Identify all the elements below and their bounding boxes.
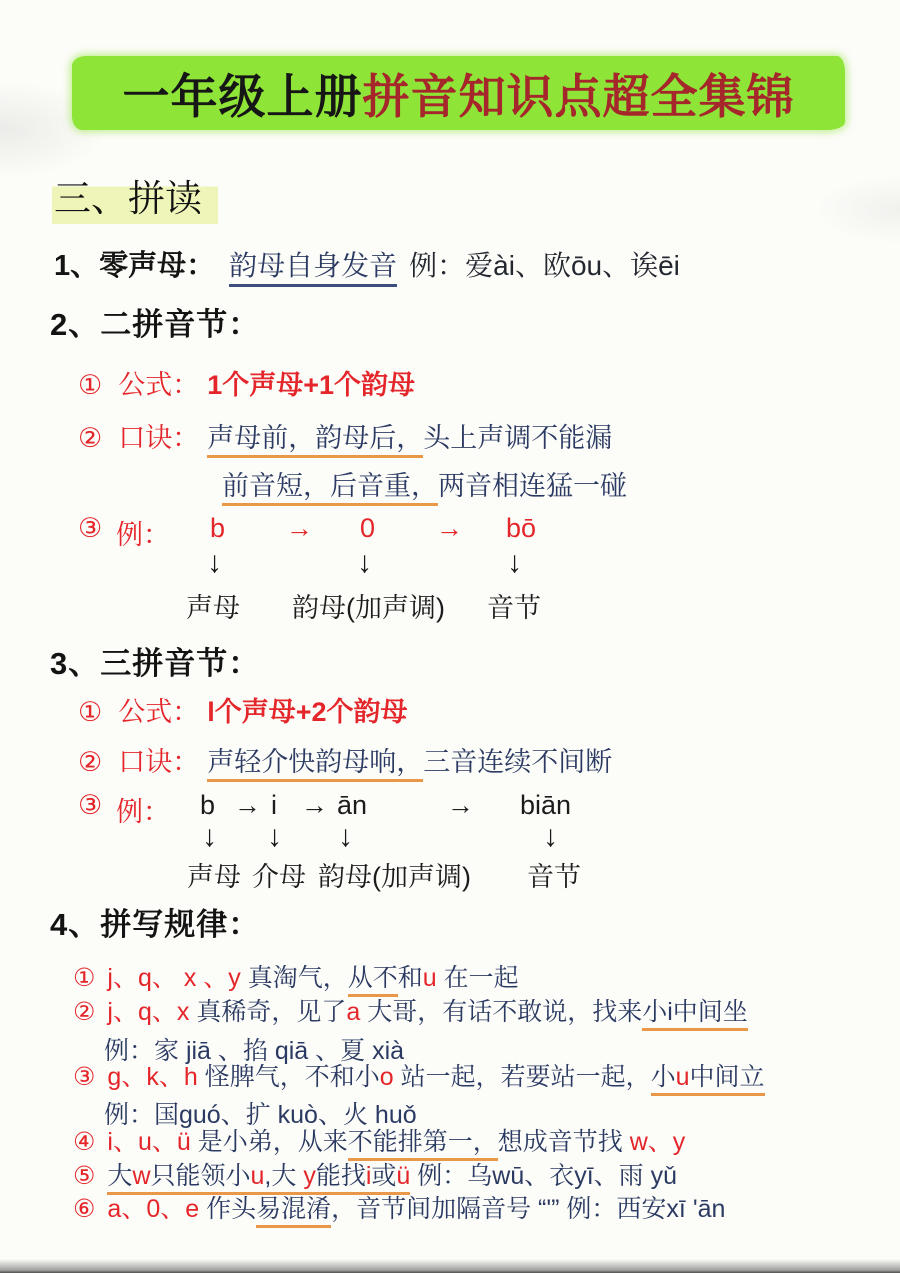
item3-formula-row: ①公式：l个声母+2个韵母 (78, 690, 408, 729)
section-heading: 三、拼读 (52, 168, 218, 222)
circled-number: ① (78, 697, 102, 727)
item4-heading: 4、拼写规律： (50, 899, 260, 944)
right-arrow-icon: → (286, 513, 313, 544)
mnemonic-line1-underlined: 声母前，韵母后， (207, 423, 423, 458)
mnemonic-line1-rest: 头上声调不能漏 (423, 423, 612, 453)
item3-heading: 3、三拼音节： (50, 638, 260, 683)
down-arrow-icon: ↓ (207, 546, 222, 580)
rule-line: ②j、q、x 真稀奇，见了a 大哥，有话不敢说，找来小i中间坐 (73, 997, 748, 1028)
rule-line: ⑥a、0、e 作头易混淆，音节间加隔音号 “'” 例：西安xī 'ān (73, 1194, 725, 1225)
circled-number: ⑥ (73, 1195, 95, 1223)
rule-line: ④i、u、ü 是小弟，从来不能排第一，想成音节找 w、y (73, 1127, 685, 1158)
down-arrow-icon: ↓ (338, 820, 353, 854)
title-black-part: 一年级上册 (123, 60, 363, 127)
rule-text: 大w只能领小u,大 y能找i或ü 例：乌wū、衣yī、雨 yǔ (107, 1162, 677, 1195)
example-label: 例： (116, 513, 170, 552)
down-arrow-icon: ↓ (357, 546, 372, 580)
circled-number: ④ (73, 1128, 95, 1156)
diagram-label: 声母 (187, 855, 241, 894)
mnemonic-line2-underlined: 前音短，后音重， (222, 471, 438, 506)
circled-number: ⑤ (73, 1162, 95, 1190)
item3-mnemonic-row: ②口诀：声轻介快韵母响，三音连续不间断 (78, 740, 612, 779)
mnemonic-line1-underlined: 声轻介快韵母响， (207, 747, 423, 782)
diagram-label: 音节 (487, 586, 541, 625)
rule-text: j、q、 x 、y 真淘气，从不和u 在一起 (107, 964, 518, 997)
chain-item: b (200, 790, 215, 821)
diagram-label: 介母 (252, 855, 306, 894)
diagram-label: 音节 (527, 855, 581, 894)
right-arrow-icon: → (234, 790, 261, 821)
title-red-part: 拼音知识点超全集锦 (363, 60, 795, 127)
circled-number: ② (78, 747, 102, 777)
circled-number: ② (78, 423, 102, 453)
mnemonic-label: 口诀： (118, 423, 199, 453)
mnemonic-line1-rest: 三音连续不间断 (423, 747, 612, 777)
formula-text: l个声母+2个韵母 (207, 697, 407, 727)
formula-text: 1个声母+1个韵母 (207, 370, 415, 400)
circled-number: ① (78, 370, 102, 400)
rule-text: a、0、e 作头易混淆，音节间加隔音号 “'” 例：西安xī 'ān (107, 1195, 725, 1228)
circled-number: ③ (78, 790, 102, 821)
diagram-label: 声母 (186, 586, 240, 625)
item2-mnemonic-row: ②口诀：声母前，韵母后，头上声调不能漏 (78, 416, 612, 455)
item2-mnemonic-row2: 前音短，后音重，两音相连猛一碰 (222, 464, 627, 503)
rule-example-line: 例：国guó、扩 kuò、火 huǒ (104, 1095, 417, 1131)
down-arrow-icon: ↓ (267, 820, 282, 854)
rule-text: j、q、x 真稀奇，见了a 大哥，有话不敢说，找来小i中间坐 (107, 998, 747, 1031)
chain-item: 0 (360, 513, 375, 544)
section-heading-text: 三、拼读 (52, 178, 218, 224)
rule-line: ③g、k、h 怪脾气，不和小o 站一起，若要站一起，小u中间立 (73, 1062, 765, 1093)
two-pin-example-diagram: ③ 例： b → 0 → bō ↓ ↓ ↓ 声母 韵母(加声调) 音节 (0, 513, 900, 623)
rule-line: ⑤大w只能领小u,大 y能找i或ü 例：乌wū、衣yī、雨 yǔ (73, 1161, 677, 1192)
rule-example-text: 例：家 jiā 、掐 qiā 、夏 xià (104, 1037, 404, 1065)
chain-item: bō (506, 513, 536, 544)
formula-label: 公式： (118, 370, 199, 400)
item1-underlined: 韵母自身发音 (229, 250, 397, 287)
chain-item: biān (520, 790, 571, 821)
circled-number: ① (73, 964, 95, 992)
diagram-label: 韵母(加声调) (318, 855, 471, 894)
circled-number: ③ (78, 513, 102, 544)
circled-number: ③ (73, 1063, 95, 1091)
rule-text: i、u、ü 是小弟，从来不能排第一，想成音节找 w、y (107, 1128, 685, 1161)
item1-label: 1、零声母： (54, 250, 215, 282)
rule-line: ①j、q、 x 、y 真淘气，从不和u 在一起 (73, 963, 519, 994)
bottom-scan-shadow (0, 1259, 900, 1273)
item1-examples: 例：爱ài、欧ōu、诶ēi (409, 250, 680, 281)
chain-item: b (210, 513, 225, 544)
down-arrow-icon: ↓ (507, 546, 522, 580)
diagram-label: 韵母(加声调) (292, 586, 445, 625)
item-zero-shengmu: 1、零声母：韵母自身发音例：爱ài、欧ōu、诶ēi (54, 243, 680, 284)
down-arrow-icon: ↓ (543, 820, 558, 854)
formula-label: 公式： (118, 697, 199, 727)
item2-heading: 2、二拼音节： (50, 299, 260, 344)
rule-text: g、k、h 怪脾气，不和小o 站一起，若要站一起，小u中间立 (107, 1063, 764, 1096)
right-arrow-icon: → (436, 513, 463, 544)
example-label: 例： (116, 790, 170, 829)
right-arrow-icon: → (447, 790, 474, 821)
three-pin-example-diagram: ③ 例： b → i → ān → biān ↓ ↓ ↓ ↓ 声母 介母 韵母(… (0, 790, 900, 890)
item2-formula-row: ①公式：1个声母+1个韵母 (78, 363, 415, 402)
mnemonic-label: 口诀： (118, 747, 199, 777)
circled-number: ② (73, 998, 95, 1026)
down-arrow-icon: ↓ (202, 820, 217, 854)
mnemonic-line2-rest: 两音相连猛一碰 (438, 471, 627, 501)
chain-item: ān (337, 790, 367, 821)
right-arrow-icon: → (301, 790, 328, 821)
rule-example-text: 例：国guó、扩 kuò、火 huǒ (104, 1101, 417, 1129)
title-banner: 一年级上册拼音知识点超全集锦 (72, 56, 845, 130)
chain-item: i (271, 790, 277, 821)
